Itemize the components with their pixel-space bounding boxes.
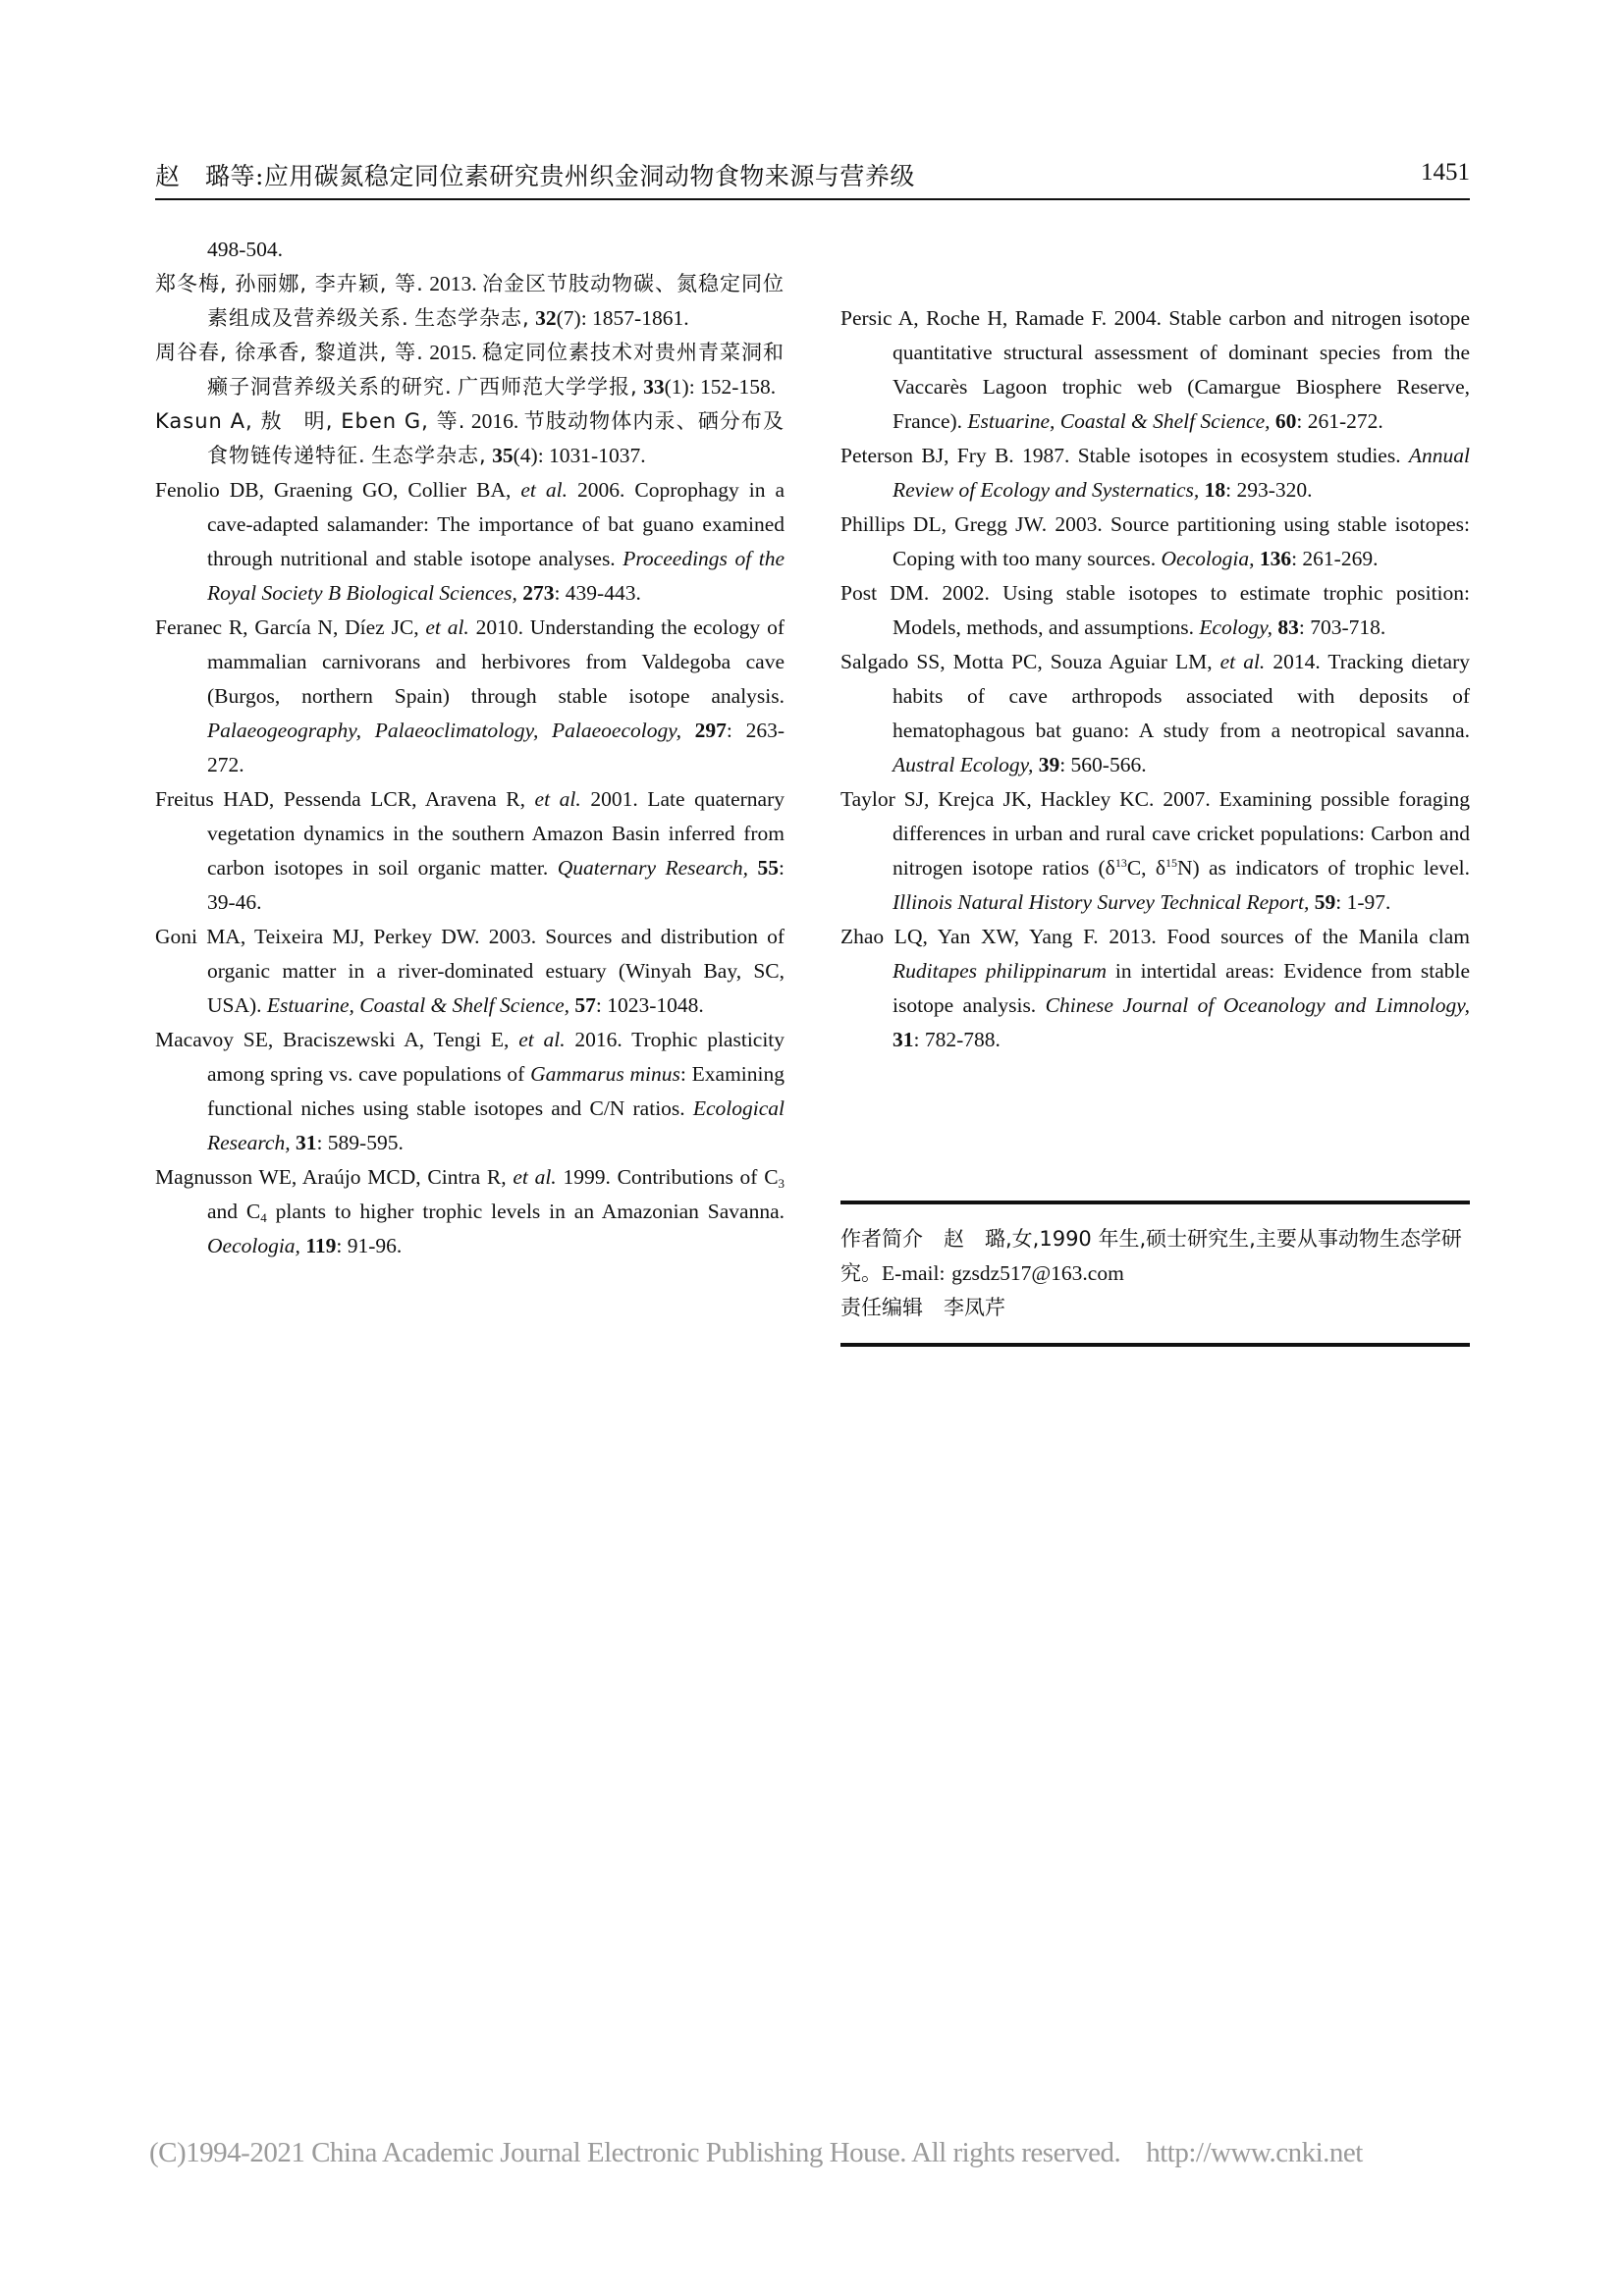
reference-item: Phillips DL, Gregg JW. 2003. Source part… — [840, 507, 1470, 576]
reference-item: Kasun A, 敖 明, Eben G, 等. 2016. 节肢动物体内汞、硒… — [155, 404, 785, 473]
reference-item: Persic A, Roche H, Ramade F. 2004. Stabl… — [840, 301, 1470, 439]
author-info-block: 作者简介 赵 璐,女,1990 年生,硕士研究生,主要从事动物生态学研究。E-m… — [840, 1222, 1470, 1325]
copyright-footer: (C)1994-2021 China Academic Journal Elec… — [149, 2137, 1485, 2169]
editor-name: 李凤芹 — [944, 1296, 1005, 1319]
reference-item: 周谷春, 徐承香, 黎道洪, 等. 2015. 稳定同位素技术对贵州青菜洞和癞子… — [155, 336, 785, 404]
copyright-text: (C)1994-2021 China Academic Journal Elec… — [149, 2137, 1120, 2168]
reference-item: Fenolio DB, Graening GO, Collier BA, et … — [155, 473, 785, 611]
reference-item: Goni MA, Teixeira MJ, Perkey DW. 2003. S… — [155, 920, 785, 1023]
reference-item: Magnusson WE, Araújo MCD, Cintra R, et a… — [155, 1160, 785, 1263]
reference-continuation: 498-504. — [155, 233, 785, 267]
reference-item: Peterson BJ, Fry B. 1987. Stable isotope… — [840, 439, 1470, 507]
author-bio-label: 作者简介 — [840, 1227, 923, 1251]
editor-info: 责任编辑 李凤芹 — [840, 1291, 1470, 1325]
reference-item: Post DM. 2002. Using stable isotopes to … — [840, 576, 1470, 645]
author-bio: 作者简介 赵 璐,女,1990 年生,硕士研究生,主要从事动物生态学研究。E-m… — [840, 1222, 1470, 1291]
references-right-column: Persic A, Roche H, Ramade F. 2004. Stabl… — [840, 301, 1470, 1057]
divider-top — [840, 1201, 1470, 1204]
reference-item: Macavoy SE, Braciszewski A, Tengi E, et … — [155, 1023, 785, 1160]
running-header: 赵 璐等:应用碳氮稳定同位素研究贵州织金洞动物食物来源与营养级 1451 — [155, 155, 1470, 200]
reference-item: Taylor SJ, Krejca JK, Hackley KC. 2007. … — [840, 782, 1470, 920]
reference-item: 郑冬梅, 孙丽娜, 李卉颖, 等. 2013. 冶金区节肢动物碳、氮稳定同位素组… — [155, 267, 785, 336]
reference-item: Feranec R, García N, Díez JC, et al. 201… — [155, 611, 785, 782]
reference-item: Salgado SS, Motta PC, Souza Aguiar LM, e… — [840, 645, 1470, 782]
email-label: E-mail: — [882, 1261, 945, 1285]
page-number: 1451 — [1421, 159, 1470, 187]
reference-item: Freitus HAD, Pessenda LCR, Aravena R, et… — [155, 782, 785, 920]
cnki-link[interactable]: http://www.cnki.net — [1146, 2137, 1363, 2168]
author-email: gzsdz517@163.com — [951, 1261, 1124, 1285]
divider-bottom — [840, 1343, 1470, 1347]
running-title: 赵 璐等:应用碳氮稳定同位素研究贵州织金洞动物食物来源与营养级 — [155, 157, 915, 192]
editor-label: 责任编辑 — [840, 1296, 923, 1319]
reference-item: Zhao LQ, Yan XW, Yang F. 2013. Food sour… — [840, 920, 1470, 1057]
references-left-column: 498-504. 郑冬梅, 孙丽娜, 李卉颖, 等. 2013. 冶金区节肢动物… — [155, 233, 785, 1263]
